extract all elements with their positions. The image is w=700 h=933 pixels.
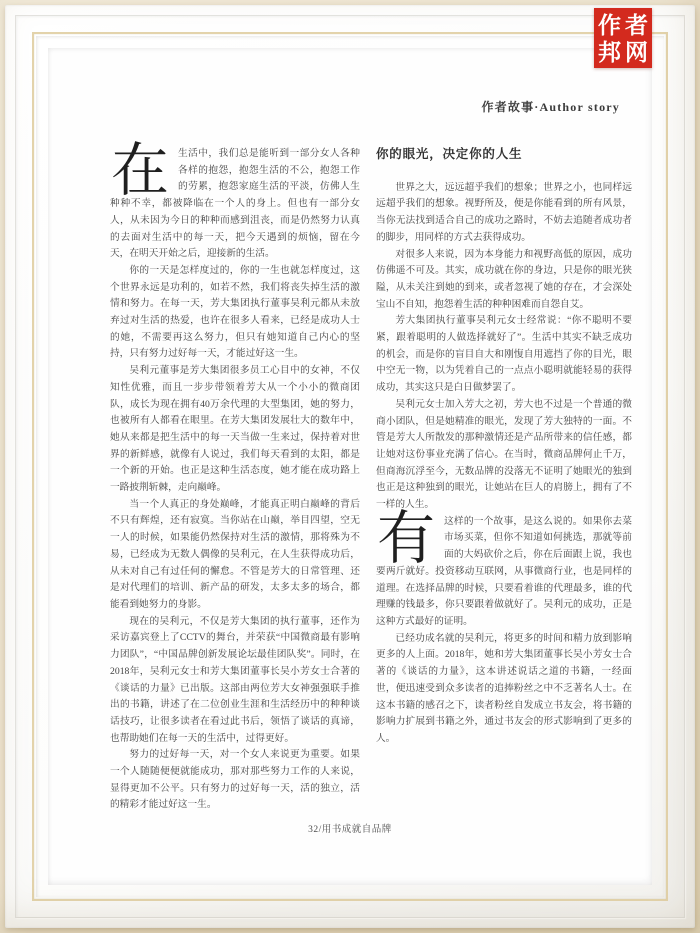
logo-char: 作 — [598, 12, 621, 38]
framed-page-photo: 作 者 邦 网 作者故事·Author story 在生活中，我们总是能听到一部… — [0, 0, 700, 933]
author-bang-logo: 作 者 邦 网 — [594, 8, 652, 68]
paragraph: 吴利元董事是芳大集团很多员工心目中的女神，不仅知性优雅，而且一步步带领着芳大从一… — [110, 363, 360, 497]
section-heading: 你的眼光，决定你的人生 — [376, 146, 632, 163]
page-footer: 32/用书成就自品牌 — [50, 821, 650, 835]
logo-char: 网 — [625, 39, 648, 65]
paragraph: 现在的吴利元，不仅是芳大集团的执行董事，还作为采访嘉宾登上了CCTV的舞台，并荣… — [110, 614, 360, 748]
paragraph: 吴利元女士加入芳大之初，芳大也不过是一个普通的微商小团队，但是她精准的眼光，发现… — [376, 397, 632, 514]
logo-char: 邦 — [598, 39, 621, 65]
paragraph: 努力的过好每一天，对一个女人来说更为重要。如果一个人随随便便就能成功，那对那些努… — [110, 747, 360, 814]
logo-char: 者 — [625, 12, 648, 38]
paragraph: 你的一天是怎样度过的，你的一生也就怎样度过，这个世界永远是功利的，如若不然，我们… — [110, 263, 360, 363]
dropcap-you: 有 — [376, 514, 444, 563]
dropcap-zai: 在 — [110, 146, 178, 195]
column-left: 在生活中，我们总是能听到一部分女人各种各样的抱怨，抱怨生活的不公，抱怨工作的劳累… — [110, 146, 360, 814]
paragraph: 有这样的一个故事，是这么说的。如果你去菜市场买菜，但你不知道如何挑选，那就等前面… — [376, 514, 632, 631]
paragraph: 世界之大，远远超乎我们的想象；世界之小，也同样远远超乎我们的想象。视野所及，便是… — [376, 180, 632, 247]
page-header: 作者故事·Author story — [481, 98, 620, 115]
paragraph: 在生活中，我们总是能听到一部分女人各种各样的抱怨，抱怨生活的不公，抱怨工作的劳累… — [110, 146, 360, 263]
column-right: 你的眼光，决定你的人生 世界之大，远远超乎我们的想象；世界之小，也同样远远超乎我… — [376, 146, 632, 748]
paragraph: 对很多人来说，因为本身能力和视野高低的原因，成功仿佛遥不可及。其实，成功就在你的… — [376, 247, 632, 314]
paragraph: 已经功成名就的吴利元，将更多的时间和精力放到影响更多的人上面。2018年，她和芳… — [376, 631, 632, 748]
paragraph: 芳大集团执行董事吴利元女士经常说：“你不聪明不要紧，跟着聪明的人做选择就好了”。… — [376, 313, 632, 397]
paragraph: 当一个人真正的身处巅峰，才能真正明白巅峰的背后不只有辉煌，还有寂寞。当你站在山巅… — [110, 497, 360, 614]
